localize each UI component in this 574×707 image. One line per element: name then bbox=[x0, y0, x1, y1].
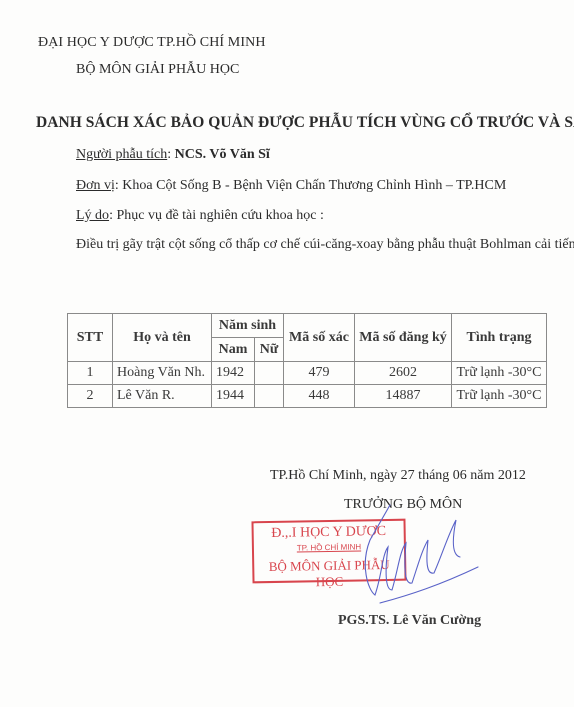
document-title: DANH SÁCH XÁC BẢO QUẢN ĐƯỢC PHẪU TÍCH VÙ… bbox=[36, 114, 574, 132]
specimen-table: STT Họ và tên Năm sinh Mã số xác Mã số đ… bbox=[67, 313, 547, 408]
reason-value: Phục vụ đề tài nghiên cứu khoa học : bbox=[116, 208, 323, 223]
cell-name: Hoàng Văn Nh. bbox=[113, 362, 212, 385]
reason-line: Lý do: Phục vụ đề tài nghiên cứu khoa họ… bbox=[76, 208, 324, 224]
cell-body-code: 448 bbox=[284, 385, 355, 408]
cell-male: 1944 bbox=[212, 385, 255, 408]
handwritten-signature-icon bbox=[330, 495, 480, 605]
col-birth-year: Năm sinh bbox=[212, 314, 284, 338]
cell-reg-code: 14887 bbox=[355, 385, 452, 408]
unit-line: Đơn vị: Khoa Cột Sống B - Bệnh Viện Chấn… bbox=[76, 178, 506, 194]
unit-label: Đơn vị bbox=[76, 178, 115, 193]
cell-stt: 2 bbox=[68, 385, 113, 408]
unit-value: Khoa Cột Sống B - Bệnh Viện Chấn Thương … bbox=[122, 178, 506, 193]
dissector-line: Người phẫu tích: NCS. Võ Văn Sĩ bbox=[76, 147, 270, 163]
table-row: 1 Hoàng Văn Nh. 1942 479 2602 Trữ lạnh -… bbox=[68, 362, 547, 385]
university-name: ĐẠI HỌC Y DƯỢC TP.HỒ CHÍ MINH bbox=[38, 35, 266, 51]
cell-stt: 1 bbox=[68, 362, 113, 385]
col-stt: STT bbox=[68, 314, 113, 362]
col-name: Họ và tên bbox=[113, 314, 212, 362]
reason-label: Lý do bbox=[76, 208, 109, 223]
col-body-code: Mã số xác bbox=[284, 314, 355, 362]
date-line: TP.Hồ Chí Minh, ngày 27 tháng 06 năm 201… bbox=[270, 468, 526, 484]
col-reg-code: Mã số đăng ký bbox=[355, 314, 452, 362]
signer-name: PGS.TS. Lê Văn Cường bbox=[338, 613, 481, 629]
department-name: BỘ MÔN GIẢI PHẪU HỌC bbox=[76, 62, 239, 78]
cell-body-code: 479 bbox=[284, 362, 355, 385]
table-row: 2 Lê Văn R. 1944 448 14887 Trữ lạnh -30°… bbox=[68, 385, 547, 408]
cell-female bbox=[255, 385, 284, 408]
cell-male: 1942 bbox=[212, 362, 255, 385]
research-topic: Điều trị gãy trật cột sống cổ thấp cơ ch… bbox=[76, 237, 574, 253]
col-female: Nữ bbox=[255, 338, 284, 362]
col-male: Nam bbox=[212, 338, 255, 362]
cell-status: Trữ lạnh -30°C bbox=[452, 385, 547, 408]
dissector-label: Người phẫu tích bbox=[76, 147, 167, 162]
dissector-value: NCS. Võ Văn Sĩ bbox=[175, 147, 270, 162]
cell-female bbox=[255, 362, 284, 385]
cell-reg-code: 2602 bbox=[355, 362, 452, 385]
cell-status: Trữ lạnh -30°C bbox=[452, 362, 547, 385]
cell-name: Lê Văn R. bbox=[113, 385, 212, 408]
col-status: Tình trạng bbox=[452, 314, 547, 362]
